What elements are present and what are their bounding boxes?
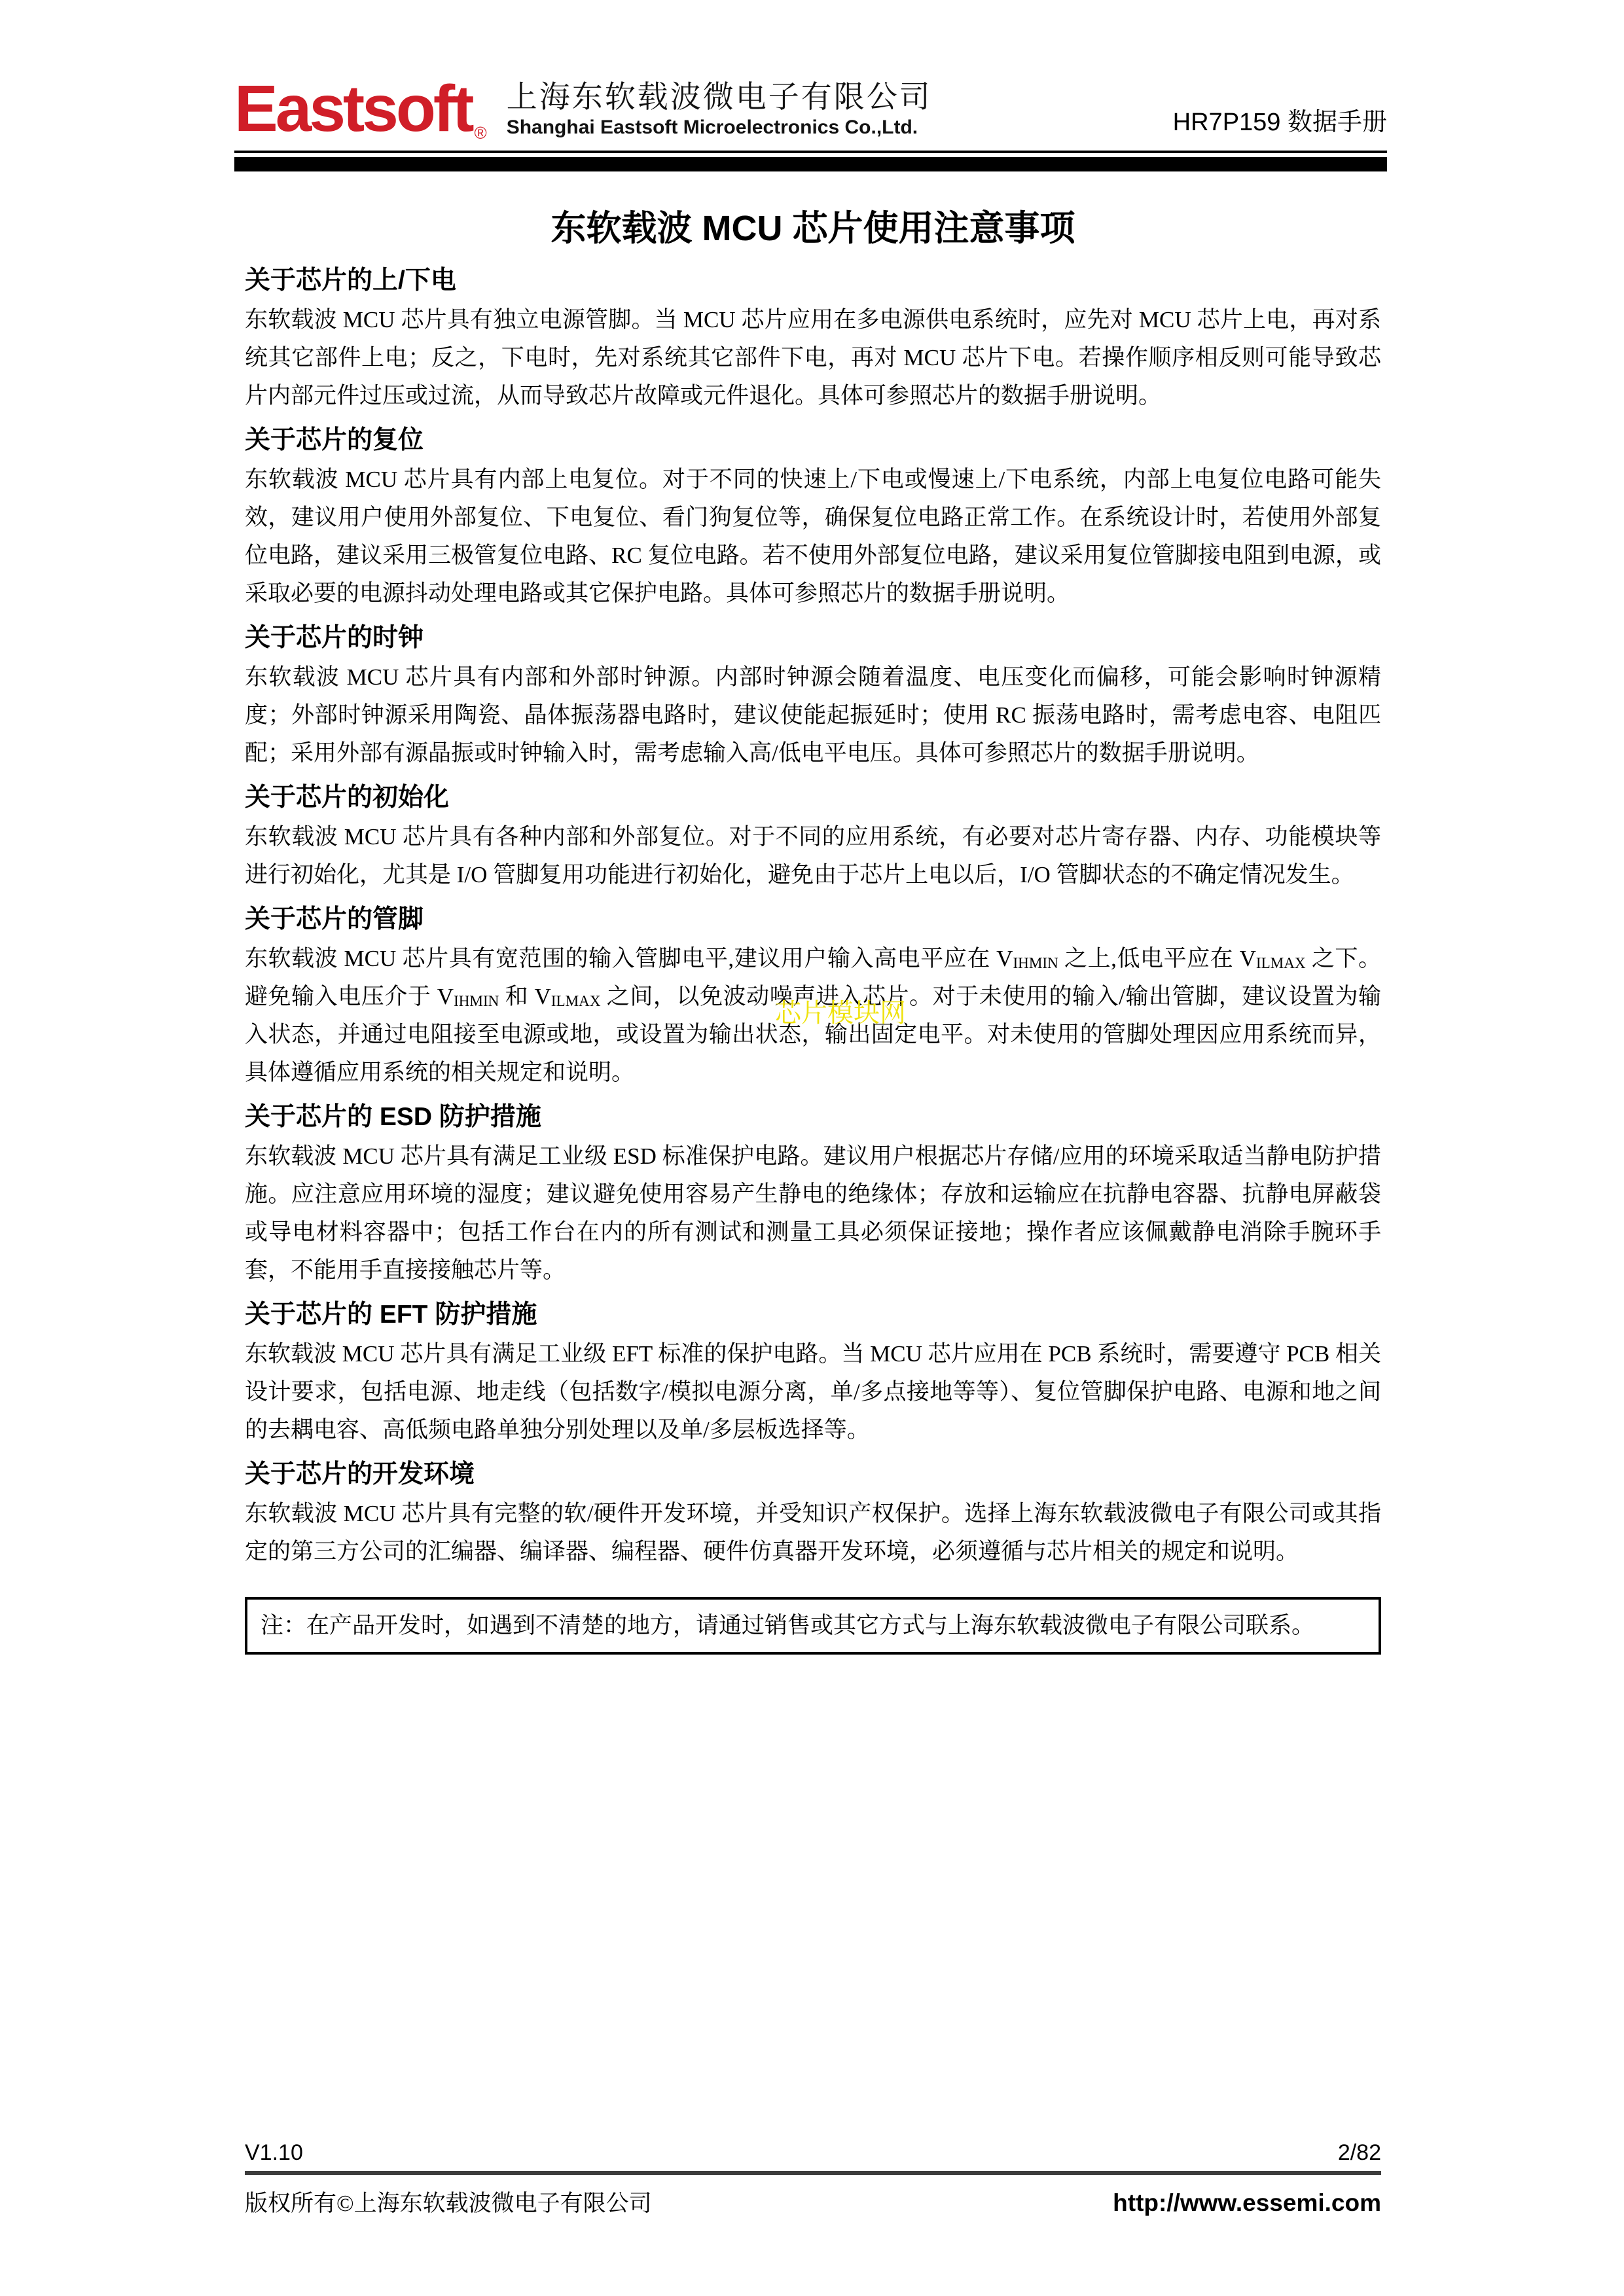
header-rule-thin [234, 151, 1387, 153]
registered-trademark-icon: ® [475, 123, 487, 143]
section-body: 东软载波 MCU 芯片具有内部和外部时钟源。内部时钟源会随着温度、电压变化而偏移… [245, 658, 1381, 772]
section-init: 关于芯片的初始化 东软载波 MCU 芯片具有各种内部和外部复位。对于不同的应用系… [245, 783, 1381, 894]
page-content: 东软载波 MCU 芯片使用注意事项 关于芯片的上/下电 东软载波 MCU 芯片具… [245, 208, 1381, 1655]
section-heading: 关于芯片的开发环境 [245, 1460, 1381, 1490]
page-title: 东软载波 MCU 芯片使用注意事项 [245, 208, 1381, 249]
footer-copyright-row: 版权所有©上海东软载波微电子有限公司 http://www.essemi.com [245, 2185, 1381, 2218]
section-heading: 关于芯片的上/下电 [245, 266, 1381, 296]
page-number: 2/82 [1338, 2140, 1381, 2166]
section-dev-env: 关于芯片的开发环境 东软载波 MCU 芯片具有完整的软/硬件开发环境，并受知识产… [245, 1460, 1381, 1571]
datasheet-page: Eastsoft® 上海东软载波微电子有限公司 Shanghai Eastsof… [0, 0, 1624, 2296]
copyright-text: 版权所有©上海东软载波微电子有限公司 [245, 2185, 652, 2218]
section-pins: 关于芯片的管脚 东软载波 MCU 芯片具有宽范围的输入管脚电平,建议用户输入高电… [245, 905, 1381, 1092]
section-power: 关于芯片的上/下电 东软载波 MCU 芯片具有独立电源管脚。当 MCU 芯片应用… [245, 266, 1381, 415]
page-header: Eastsoft® 上海东软载波微电子有限公司 Shanghai Eastsof… [234, 76, 1387, 171]
company-name-block: 上海东软载波微电子有限公司 Shanghai Eastsoft Microele… [507, 79, 932, 139]
section-esd: 关于芯片的 ESD 防护措施 东软载波 MCU 芯片具有满足工业级 ESD 标准… [245, 1102, 1381, 1289]
section-eft: 关于芯片的 EFT 防护措施 东软载波 MCU 芯片具有满足工业级 EFT 标准… [245, 1300, 1381, 1449]
company-name-en: Shanghai Eastsoft Microelectronics Co.,L… [507, 117, 932, 139]
section-body: 东软载波 MCU 芯片具有宽范围的输入管脚电平,建议用户输入高电平应在 VIHM… [245, 940, 1381, 1092]
section-clock: 关于芯片的时钟 东软载波 MCU 芯片具有内部和外部时钟源。内部时钟源会随着温度… [245, 623, 1381, 772]
note-box: 注：在产品开发时，如遇到不清楚的地方，请通过销售或其它方式与上海东软载波微电子有… [245, 1597, 1381, 1655]
section-heading: 关于芯片的 ESD 防护措施 [245, 1102, 1381, 1132]
section-body: 东软载波 MCU 芯片具有完整的软/硬件开发环境，并受知识产权保护。选择上海东软… [245, 1495, 1381, 1571]
footer-rule [245, 2171, 1381, 2175]
section-body: 东软载波 MCU 芯片具有各种内部和外部复位。对于不同的应用系统，有必要对芯片寄… [245, 818, 1381, 894]
section-body: 东软载波 MCU 芯片具有独立电源管脚。当 MCU 芯片应用在多电源供电系统时，… [245, 301, 1381, 415]
footer-version-row: V1.10 2/82 [245, 2140, 1381, 2166]
document-title: HR7P159 数据手册 [1173, 101, 1387, 141]
version-label: V1.10 [245, 2140, 303, 2166]
company-name-cn: 上海东软载波微电子有限公司 [507, 79, 932, 115]
header-rule-bar [234, 157, 1387, 171]
section-heading: 关于芯片的初始化 [245, 783, 1381, 813]
section-body: 东软载波 MCU 芯片具有满足工业级 ESD 标准保护电路。建议用户根据芯片存储… [245, 1138, 1381, 1289]
header-row: Eastsoft® 上海东软载波微电子有限公司 Shanghai Eastsof… [234, 76, 1387, 151]
page-footer: V1.10 2/82 版权所有©上海东软载波微电子有限公司 http://www… [245, 2140, 1381, 2218]
section-heading: 关于芯片的 EFT 防护措施 [245, 1300, 1381, 1330]
section-heading: 关于芯片的管脚 [245, 905, 1381, 935]
section-heading: 关于芯片的复位 [245, 425, 1381, 456]
logo-group: Eastsoft® 上海东软载波微电子有限公司 Shanghai Eastsof… [234, 76, 932, 141]
logo-wordmark: Eastsoft [234, 72, 472, 145]
section-body: 东软载波 MCU 芯片具有满足工业级 EFT 标准的保护电路。当 MCU 芯片应… [245, 1335, 1381, 1449]
website-url: http://www.essemi.com [1113, 2189, 1381, 2217]
section-heading: 关于芯片的时钟 [245, 623, 1381, 653]
section-body: 东软载波 MCU 芯片具有内部上电复位。对于不同的快速上/下电或慢速上/下电系统… [245, 461, 1381, 613]
section-reset: 关于芯片的复位 东软载波 MCU 芯片具有内部上电复位。对于不同的快速上/下电或… [245, 425, 1381, 613]
eastsoft-logo: Eastsoft® [234, 76, 487, 141]
